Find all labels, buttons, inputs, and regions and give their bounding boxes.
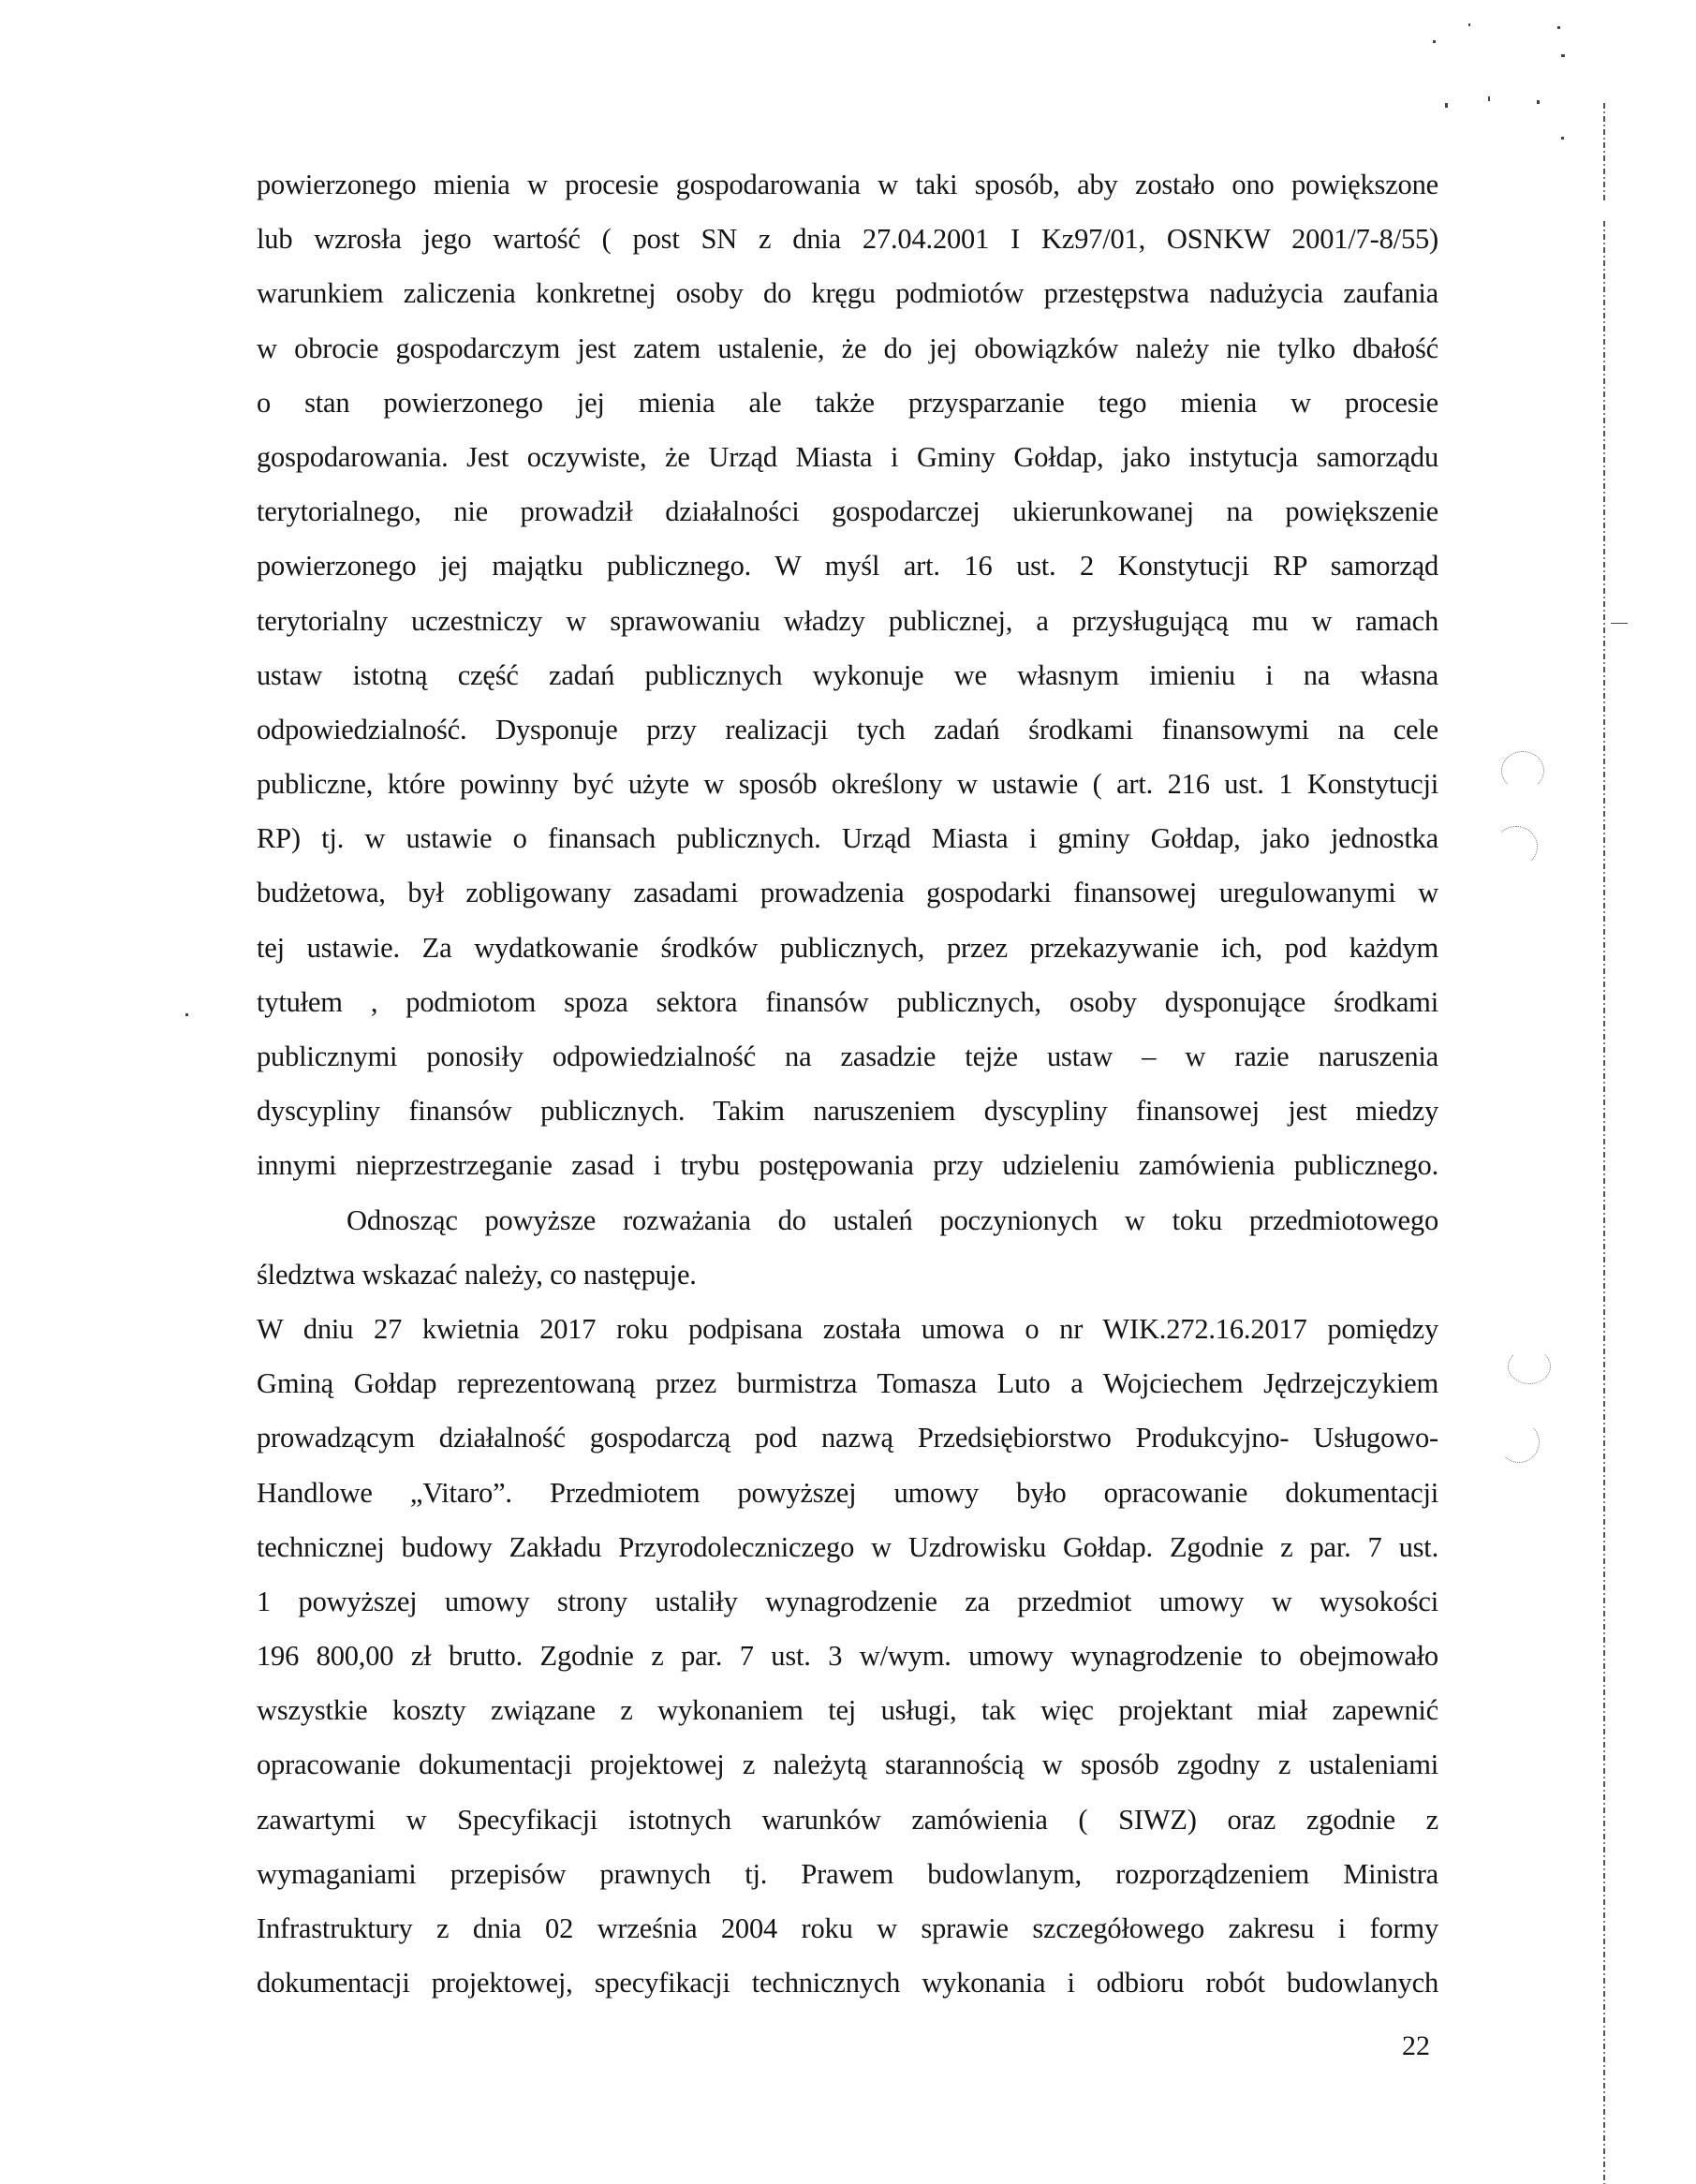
text-line: tytułem , podmiotom spoza sektora finans… xyxy=(257,975,1438,1029)
scan-speck xyxy=(1561,137,1564,140)
text-line: gospodarowania. Jest oczywiste, że Urząd… xyxy=(257,430,1438,484)
text-line: zawartymi w Specyfikacji istotnych warun… xyxy=(257,1793,1438,1847)
punch-hole-mark xyxy=(1498,1422,1540,1463)
scan-speck xyxy=(185,1013,188,1016)
text-line: powierzonego jej majątku publicznego. W … xyxy=(257,539,1438,593)
text-line: W dniu 27 kwietnia 2017 roku podpisana z… xyxy=(257,1302,1438,1356)
document-page: powierzonego mienia w procesie gospodaro… xyxy=(0,0,1696,2184)
text-line: publiczne, które powinny być użyte w spo… xyxy=(257,757,1438,811)
punch-hole-mark xyxy=(1501,751,1544,790)
text-line: lub wzrosła jego wartość ( post SN z dni… xyxy=(257,212,1438,266)
text-line: dokumentacji projektowej, specyfikacji t… xyxy=(257,1955,1438,2010)
text-line: 196 800,00 zł brutto. Zgodnie z par. 7 u… xyxy=(257,1629,1438,1683)
scan-speck xyxy=(1468,23,1470,26)
text-line: Handlowe „Vitaro”. Przedmiotem powyższej… xyxy=(257,1466,1438,1520)
text-line: Infrastruktury z dnia 02 września 2004 r… xyxy=(257,1901,1438,1955)
paragraph-end-line: śledztwa wskazać należy, co następuje. xyxy=(257,1247,1438,1302)
scan-speck xyxy=(1611,623,1628,624)
text-line: warunkiem zaliczenia konkretnej osoby do… xyxy=(257,266,1438,320)
text-line: opracowanie dokumentacji projektowej z n… xyxy=(257,1737,1438,1792)
scan-edge-line xyxy=(1603,103,1605,201)
text-line: wymaganiami przepisów prawnych tj. Prawe… xyxy=(257,1847,1438,1901)
scan-speck xyxy=(1537,100,1540,104)
text-line: tej ustawie. Za wydatkowanie środków pub… xyxy=(257,921,1438,975)
text-line: w obrocie gospodarczym jest zatem ustale… xyxy=(257,321,1438,376)
text-line: dyscypliny finansów publicznych. Takim n… xyxy=(257,1084,1438,1138)
body-text: powierzonego mienia w procesie gospodaro… xyxy=(257,157,1438,2010)
text-line: innymi nieprzestrzeganie zasad i trybu p… xyxy=(257,1138,1438,1192)
text-line: terytorialnego, nie prowadził działalnoś… xyxy=(257,484,1438,539)
text-line: ustaw istotną część zadań publicznych wy… xyxy=(257,648,1438,702)
scan-speck xyxy=(1557,26,1560,29)
text-line: Gminą Gołdap reprezentowaną przez burmis… xyxy=(257,1356,1438,1410)
text-line: terytorialny uczestniczy w sprawowaniu w… xyxy=(257,594,1438,648)
text-line: publicznymi ponosiły odpowiedzialność na… xyxy=(257,1029,1438,1084)
punch-hole-mark xyxy=(1508,1349,1551,1384)
paragraph-start-line: Odnosząc powyższe rozważania do ustaleń … xyxy=(257,1193,1438,1247)
text-line: o stan powierzonego jej mienia ale także… xyxy=(257,376,1438,430)
text-line: RP) tj. w ustawie o finansach publicznyc… xyxy=(257,811,1438,865)
punch-hole-mark xyxy=(1495,826,1538,867)
text-line: 1 powyższej umowy strony ustaliły wynagr… xyxy=(257,1574,1438,1629)
text-line: prowadzącym działalność gospodarczą pod … xyxy=(257,1410,1438,1465)
scan-speck xyxy=(1445,103,1448,108)
scan-speck xyxy=(1488,96,1490,101)
text-line: budżetowa, był zobligowany zasadami prow… xyxy=(257,865,1438,920)
scan-edge-line xyxy=(1603,221,1605,2184)
page-number: 22 xyxy=(1402,2030,1430,2062)
text-line: wszystkie koszty związane z wykonaniem t… xyxy=(257,1683,1438,1737)
text-line: odpowiedzialność. Dysponuje przy realiza… xyxy=(257,702,1438,757)
scan-speck xyxy=(1561,54,1565,57)
text-line: powierzonego mienia w procesie gospodaro… xyxy=(257,157,1438,212)
text-line: technicznej budowy Zakładu Przyrodoleczn… xyxy=(257,1520,1438,1574)
scan-speck xyxy=(1433,40,1436,43)
